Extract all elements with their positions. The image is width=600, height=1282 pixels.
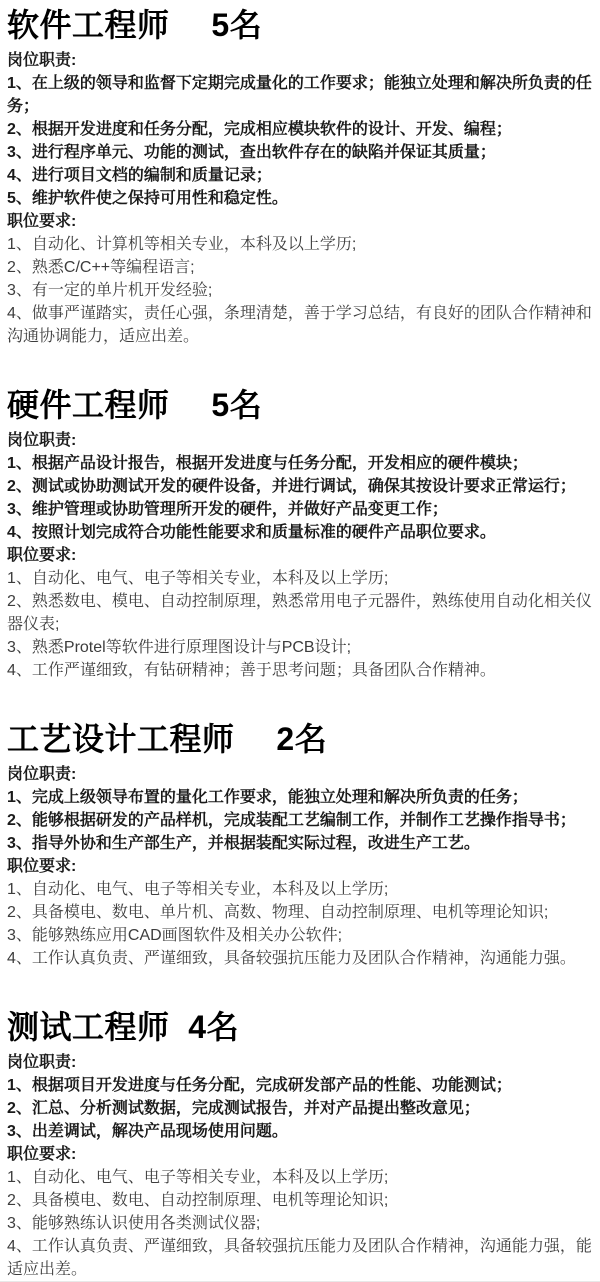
duty-item: 1、在上级的领导和监督下定期完成量化的工作要求；能独立处理和解决所负责的任务；: [7, 72, 596, 118]
requirement-item: 3、熟悉Protel等软件进行原理图设计与PCB设计;: [7, 636, 596, 659]
duties-label: 岗位职责:: [7, 1051, 596, 1074]
requirement-item: 1、自动化、电气、电子等相关专业，本科及以上学历;: [7, 878, 596, 901]
requirement-item: 2、具备模电、数电、单片机、高数、物理、自动控制原理、电机等理论知识;: [7, 901, 596, 924]
job-title: 软件工程师 5名: [7, 6, 596, 44]
requirement-item: 3、能够熟练认识使用各类测试仪器;: [7, 1212, 596, 1235]
requirements-label: 职位要求:: [7, 1143, 596, 1166]
requirement-item: 4、工作认真负责、严谨细致，具备较强抗压能力及团队合作精神，沟通能力强。: [7, 947, 596, 970]
requirement-item: 1、自动化、电气、电子等相关专业，本科及以上学历;: [7, 1166, 596, 1189]
duty-item: 1、完成上级领导布置的量化工作要求，能独立处理和解决所负责的任务；: [7, 786, 596, 809]
job-title: 硬件工程师 5名: [7, 386, 596, 424]
duties-label: 岗位职责:: [7, 429, 596, 452]
duties-label: 岗位职责:: [7, 763, 596, 786]
job-postings-page: 软件工程师 5名 岗位职责: 1、在上级的领导和监督下定期完成量化的工作要求；能…: [0, 0, 600, 1281]
requirement-item: 2、具备模电、数电、自动控制原理、电机等理论知识;: [7, 1189, 596, 1212]
duty-item: 5、维护软件使之保持可用性和稳定性。: [7, 187, 596, 210]
job-title: 工艺设计工程师 2名: [7, 720, 596, 758]
duty-item: 3、出差调试，解决产品现场使用问题。: [7, 1120, 596, 1143]
requirements-label: 职位要求:: [7, 855, 596, 878]
duty-item: 1、根据项目开发进度与任务分配，完成研发部产品的性能、功能测试；: [7, 1074, 596, 1097]
requirement-item: 1、自动化、计算机等相关专业，本科及以上学历;: [7, 233, 596, 256]
requirement-item: 4、工作严谨细致，有钻研精神；善于思考问题；具备团队合作精神。: [7, 659, 596, 682]
duty-item: 2、汇总、分析测试数据，完成测试报告，并对产品提出整改意见；: [7, 1097, 596, 1120]
requirements-label: 职位要求:: [7, 544, 596, 567]
duty-item: 3、维护管理或协助管理所开发的硬件，并做好产品变更工作；: [7, 498, 596, 521]
duty-item: 4、按照计划完成符合功能性能要求和质量标准的硬件产品职位要求。: [7, 521, 596, 544]
job-title: 测试工程师 4名: [7, 1008, 596, 1046]
requirement-item: 1、自动化、电气、电子等相关专业，本科及以上学历;: [7, 567, 596, 590]
requirements-label: 职位要求:: [7, 210, 596, 233]
duty-item: 3、进行程序单元、功能的测试，查出软件存在的缺陷并保证其质量；: [7, 141, 596, 164]
requirement-item: 2、熟悉数电、模电、自动控制原理，熟悉常用电子元器件，熟练使用自动化相关仪器仪表…: [7, 590, 596, 636]
job-section-process-design-engineer: 工艺设计工程师 2名 岗位职责: 1、完成上级领导布置的量化工作要求，能独立处理…: [7, 720, 596, 970]
job-section-hardware-engineer: 硬件工程师 5名 岗位职责: 1、根据产品设计报告，根据开发进度与任务分配，开发…: [7, 386, 596, 682]
job-section-test-engineer: 测试工程师 4名 岗位职责: 1、根据项目开发进度与任务分配，完成研发部产品的性…: [7, 1008, 596, 1281]
requirement-item: 2、熟悉C/C++等编程语言;: [7, 256, 596, 279]
duty-item: 2、根据开发进度和任务分配，完成相应模块软件的设计、开发、编程；: [7, 118, 596, 141]
requirement-item: 3、有一定的单片机开发经验;: [7, 279, 596, 302]
requirement-item: 3、能够熟练应用CAD画图软件及相关办公软件;: [7, 924, 596, 947]
duties-label: 岗位职责:: [7, 49, 596, 72]
duty-item: 3、指导外协和生产部生产，并根据装配实际过程，改进生产工艺。: [7, 832, 596, 855]
requirement-item: 4、做事严谨踏实，责任心强，条理清楚，善于学习总结，有良好的团队合作精神和沟通协…: [7, 302, 596, 348]
requirement-item: 4、工作认真负责、严谨细致，具备较强抗压能力及团队合作精神，沟通能力强，能适应出…: [7, 1235, 596, 1281]
duty-item: 4、进行项目文档的编制和质量记录；: [7, 164, 596, 187]
duty-item: 2、能够根据研发的产品样机，完成装配工艺编制工作，并制作工艺操作指导书；: [7, 809, 596, 832]
duty-item: 1、根据产品设计报告，根据开发进度与任务分配，开发相应的硬件模块；: [7, 452, 596, 475]
job-section-software-engineer: 软件工程师 5名 岗位职责: 1、在上级的领导和监督下定期完成量化的工作要求；能…: [7, 6, 596, 348]
duty-item: 2、测试或协助测试开发的硬件设备，并进行调试，确保其按设计要求正常运行；: [7, 475, 596, 498]
